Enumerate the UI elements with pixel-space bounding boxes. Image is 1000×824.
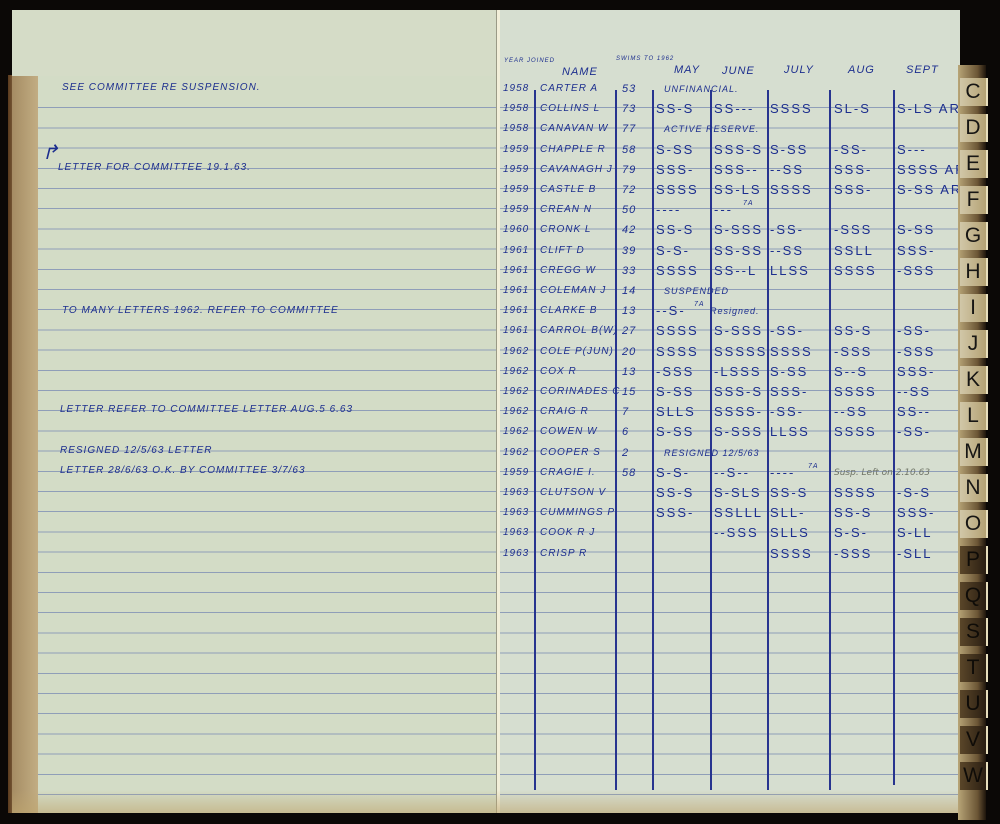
attendance-june-cell: SSS-S [714,383,763,401]
attendance-aug-cell: SSS- [834,161,872,179]
column-rule [534,90,536,790]
header-sept: SEPT [906,64,939,76]
superscript-note: 7A [743,195,754,213]
attendance-aug-cell: SSLL [834,242,874,260]
swims-count-cell: 50 [622,201,636,219]
member-name-cell: CAVANAGH J [540,161,613,179]
header-name: NAME [562,66,598,78]
index-tab-d[interactable]: D [960,114,988,142]
swims-count-cell: 77 [622,120,636,138]
year-joined-cell: 1962 [503,363,529,381]
year-joined-cell: 1959 [503,181,529,199]
attendance-june-cell: SS--- [714,100,754,118]
attendance-sept-cell: SSS- [897,504,935,522]
attendance-aug-cell: SSSS [834,383,877,401]
attendance-may-cell: S-SS [656,423,694,441]
member-name-cell: CASTLE B [540,181,596,199]
attendance-may-cell: ---- [656,201,681,219]
year-joined-cell: 1959 [503,464,529,482]
swims-count-cell: 58 [622,141,636,159]
year-joined-cell: 1959 [503,201,529,219]
index-tab-c[interactable]: C [960,78,988,106]
year-joined-cell: 1962 [503,383,529,401]
attendance-june-cell: Resigned. [710,302,760,320]
attendance-may-cell: -SSS [656,363,694,381]
attendance-july-cell: SSS- [770,383,808,401]
year-joined-cell: 1963 [503,545,529,563]
attendance-aug-cell: SSSS [834,262,877,280]
year-joined-cell: 1961 [503,322,529,340]
index-tab-p[interactable]: P [960,546,988,574]
attendance-sept-cell: S-LL [897,524,932,542]
year-joined-cell: 1963 [503,524,529,542]
index-tab-u[interactable]: U [960,690,988,718]
attendance-july-cell: SSSS [770,343,813,361]
swims-count-cell: 53 [622,80,636,98]
attendance-may-cell: SS-S [656,100,694,118]
member-name-cell: CREGG W [540,262,596,280]
attendance-may-cell: SSSS [656,181,699,199]
margin-note: TO MANY LETTERS 1962. REFER TO COMMITTEE [62,305,339,316]
column-rule [893,90,895,785]
attendance-june-cell: S-SSS [714,221,763,239]
attendance-july-cell: LLSS [770,262,810,280]
attendance-july-cell: --SS [770,242,804,260]
attendance-june-cell: SSLLL [714,504,763,522]
header-swims-to-1962: SWIMS TO 1962 [616,56,646,63]
year-joined-cell: 1960 [503,221,529,239]
member-name-cell: COLEMAN J [540,282,606,300]
index-tab-q[interactable]: Q [960,582,988,610]
index-tab-v[interactable]: V [960,726,988,754]
margin-note: LETTER 28/6/63 O.K. BY COMMITTEE 3/7/63 [60,465,306,476]
status-remark: RESIGNED 12/5/63 [664,444,760,462]
attendance-may-cell: SSSS [656,343,699,361]
attendance-june-cell: S-SSS [714,322,763,340]
attendance-june-cell: --S-- [714,464,750,482]
attendance-july-cell: SLLS [770,524,810,542]
curved-arrow-icon: ↱ [42,140,60,165]
page-binding-margin [12,76,38,813]
attendance-sept-cell: -SLL [897,545,932,563]
member-name-cell: COOPER S [540,444,601,462]
attendance-sept-cell: S-SS [897,221,935,239]
attendance-may-cell: S-S- [656,242,690,260]
attendance-aug-cell: -SSS [834,221,872,239]
attendance-sept-cell: S-LS AR [897,100,961,118]
attendance-aug-cell: SS-S [834,322,872,340]
header-july: JULY [784,64,814,76]
swims-count-cell: 33 [622,262,636,280]
year-joined-cell: 1958 [503,120,529,138]
attendance-aug-cell: --SS [834,403,868,421]
year-joined-cell: 1959 [503,141,529,159]
attendance-sept-cell: S-SS AR [897,181,962,199]
swims-count-cell: 79 [622,161,636,179]
attendance-aug-cell: S-S- [834,524,868,542]
member-name-cell: CRONK L [540,221,591,239]
index-tab-k[interactable]: K [960,366,988,394]
margin-note: RESIGNED 12/5/63 LETTER [60,445,213,456]
attendance-july-cell: ---- [770,464,795,482]
column-rule [767,90,769,790]
swims-count-cell: 13 [622,302,636,320]
attendance-june-cell: SSS-- [714,161,759,179]
swims-count-cell: 58 [622,464,636,482]
year-joined-cell: 1962 [503,343,529,361]
status-remark: UNFINANCIAL. [664,80,739,98]
attendance-june-cell: --SSS [714,524,759,542]
index-tab-f[interactable]: F [960,186,988,214]
attendance-july-cell: -SS- [770,322,804,340]
member-name-cell: COLLINS L [540,100,600,118]
margin-note: SEE COMMITTEE RE SUSPENSION. [62,82,261,93]
attendance-june-cell: SSSS- [714,403,763,421]
attendance-aug-cell: SSSS [834,423,877,441]
attendance-july-cell: -SS- [770,403,804,421]
attendance-aug-cell: S--S [834,363,868,381]
attendance-sept-cell: -SSS [897,262,935,280]
attendance-may-cell: SSS- [656,161,694,179]
superscript-note: 7A [694,296,705,314]
swims-count-cell: 15 [622,383,636,401]
year-joined-cell: 1962 [503,444,529,462]
attendance-july-cell: --SS [770,161,804,179]
index-tab-m[interactable]: M [960,438,988,466]
header-year-joined: YEAR JOINED [504,58,534,65]
attendance-may-cell: SLLS [656,403,696,421]
member-name-cell: CRAGIE I. [540,464,596,482]
attendance-june-cell: -LSSS [714,363,762,381]
member-name-cell: COWEN W [540,423,598,441]
attendance-july-cell: S-SS [770,363,808,381]
attendance-sept-cell: --SS [897,383,931,401]
attendance-sept-cell: SSS- [897,363,935,381]
superscript-note: 7A [808,458,819,476]
attendance-july-cell: S-SS [770,141,808,159]
attendance-may-cell: S-S- [656,464,690,482]
swims-count-cell: 20 [622,343,636,361]
swims-count-cell: 7 [622,403,629,421]
member-name-cell: CARTER A [540,80,598,98]
year-joined-cell: 1963 [503,504,529,522]
year-joined-cell: 1961 [503,262,529,280]
attendance-july-cell: SSSS [770,181,813,199]
attendance-may-cell: SS-S [656,484,694,502]
attendance-sept-cell: SSS- [897,242,935,260]
attendance-may-cell: S-SS [656,141,694,159]
index-tab-i[interactable]: I [960,294,988,322]
index-tab-h[interactable]: H [960,258,988,286]
attendance-aug-cell: -SS- [834,141,868,159]
attendance-june-cell: SSSSS [714,343,767,361]
swims-count-cell: 14 [622,282,636,300]
member-name-cell: CANAVAN W [540,120,608,138]
header-may: MAY [674,64,700,76]
attendance-june-cell: SS-SS [714,242,763,260]
column-rule [652,90,654,790]
attendance-june-cell: S-SLS [714,484,762,502]
attendance-sept-cell: SSSS AR [897,161,967,179]
attendance-sept-cell: -S-S [897,484,931,502]
member-name-cell: CLARKE B [540,302,597,320]
swims-count-cell: 72 [622,181,636,199]
index-tab-t[interactable]: T [960,654,988,682]
attendance-june-cell: SS-LS [714,181,762,199]
index-tab-l[interactable]: L [960,402,988,430]
year-joined-cell: 1958 [503,100,529,118]
attendance-aug-cell: SSSS [834,484,877,502]
margin-note: LETTER REFER TO COMMITTEE LETTER AUG.5 6… [60,404,353,415]
member-name-cell: CLUTSON V [540,484,606,502]
member-name-cell: CLIFT D [540,242,585,260]
attendance-sept-cell: S--- [897,141,927,159]
year-joined-cell: 1962 [503,423,529,441]
attendance-aug-cell: -SSS [834,343,872,361]
year-joined-cell: 1958 [503,80,529,98]
year-joined-cell: 1961 [503,282,529,300]
swims-count-cell: 39 [622,242,636,260]
attendance-july-cell: SSSS [770,100,813,118]
attendance-june-cell: SSS-S [714,141,763,159]
attendance-may-cell: SSSS [656,262,699,280]
member-name-cell: CHAPPLE R [540,141,606,159]
swims-count-cell: 42 [622,221,636,239]
index-tab-e[interactable]: E [960,150,988,178]
attendance-sept-cell: -SSS [897,343,935,361]
member-name-cell: COX R [540,363,577,381]
column-rule [615,90,617,790]
swims-count-cell: 27 [622,322,636,340]
member-name-cell: CRISP R [540,545,587,563]
status-remark: ACTIVE RESERVE. [664,120,759,138]
year-joined-cell: 1963 [503,484,529,502]
attendance-aug-cell: Susp. Left on 2.10.63 [834,464,930,482]
attendance-sept-cell: SS-- [897,403,931,421]
index-tab-g[interactable]: G [960,222,988,250]
index-tab-n[interactable]: N [960,474,988,502]
attendance-june-cell: S-SSS [714,423,763,441]
attendance-july-cell: -SS- [770,221,804,239]
member-name-cell: COLE P(JUN) [540,343,614,361]
attendance-july-cell: SS-S [770,484,808,502]
attendance-july-cell: LLSS [770,423,810,441]
page-gutter [496,10,500,813]
member-name-cell: CREAN N [540,201,592,219]
attendance-aug-cell: SSS- [834,181,872,199]
member-name-cell: COOK R J [540,524,595,542]
attendance-may-cell: SSS- [656,504,694,522]
swims-count-cell: 73 [622,100,636,118]
year-joined-cell: 1959 [503,161,529,179]
attendance-july-cell: SSSS [770,545,813,563]
header-june: JUNE [722,65,755,77]
index-tab-o[interactable]: O [960,510,988,538]
attendance-may-cell: SSSS [656,322,699,340]
column-rule [710,90,712,790]
index-tab-j[interactable]: J [960,330,988,358]
margin-note: LETTER FOR COMMITTEE 19.1.63. [58,162,251,173]
member-name-cell: CORINADES C [540,383,620,401]
attendance-may-cell: S-SS [656,383,694,401]
index-tab-s[interactable]: S [960,618,988,646]
column-rule [829,90,831,790]
attendance-may-cell: --S- [656,302,686,320]
member-name-cell: CUMMINGS P [540,504,615,522]
attendance-sept-cell: -SS- [897,423,931,441]
attendance-aug-cell: SS-S [834,504,872,522]
year-joined-cell: 1961 [503,242,529,260]
attendance-july-cell: SLL- [770,504,805,522]
swims-count-cell: 2 [622,444,629,462]
attendance-aug-cell: SL-S [834,100,871,118]
year-joined-cell: 1961 [503,302,529,320]
member-name-cell: CARROL B(W) [540,322,618,340]
attendance-aug-cell: -SSS [834,545,872,563]
member-name-cell: CRAIG R [540,403,589,421]
attendance-sept-cell: -SS- [897,322,931,340]
attendance-june-cell: --- [714,201,733,219]
attendance-may-cell: SS-S [656,221,694,239]
year-joined-cell: 1962 [503,403,529,421]
index-tab-w[interactable]: W [960,762,988,790]
open-ledger-book: SEE COMMITTEE RE SUSPENSION.LETTER FOR C… [0,0,1000,824]
swims-count-cell: 13 [622,363,636,381]
attendance-june-cell: SS--L [714,262,757,280]
swims-count-cell: 6 [622,423,629,441]
header-aug: AUG [848,64,875,76]
